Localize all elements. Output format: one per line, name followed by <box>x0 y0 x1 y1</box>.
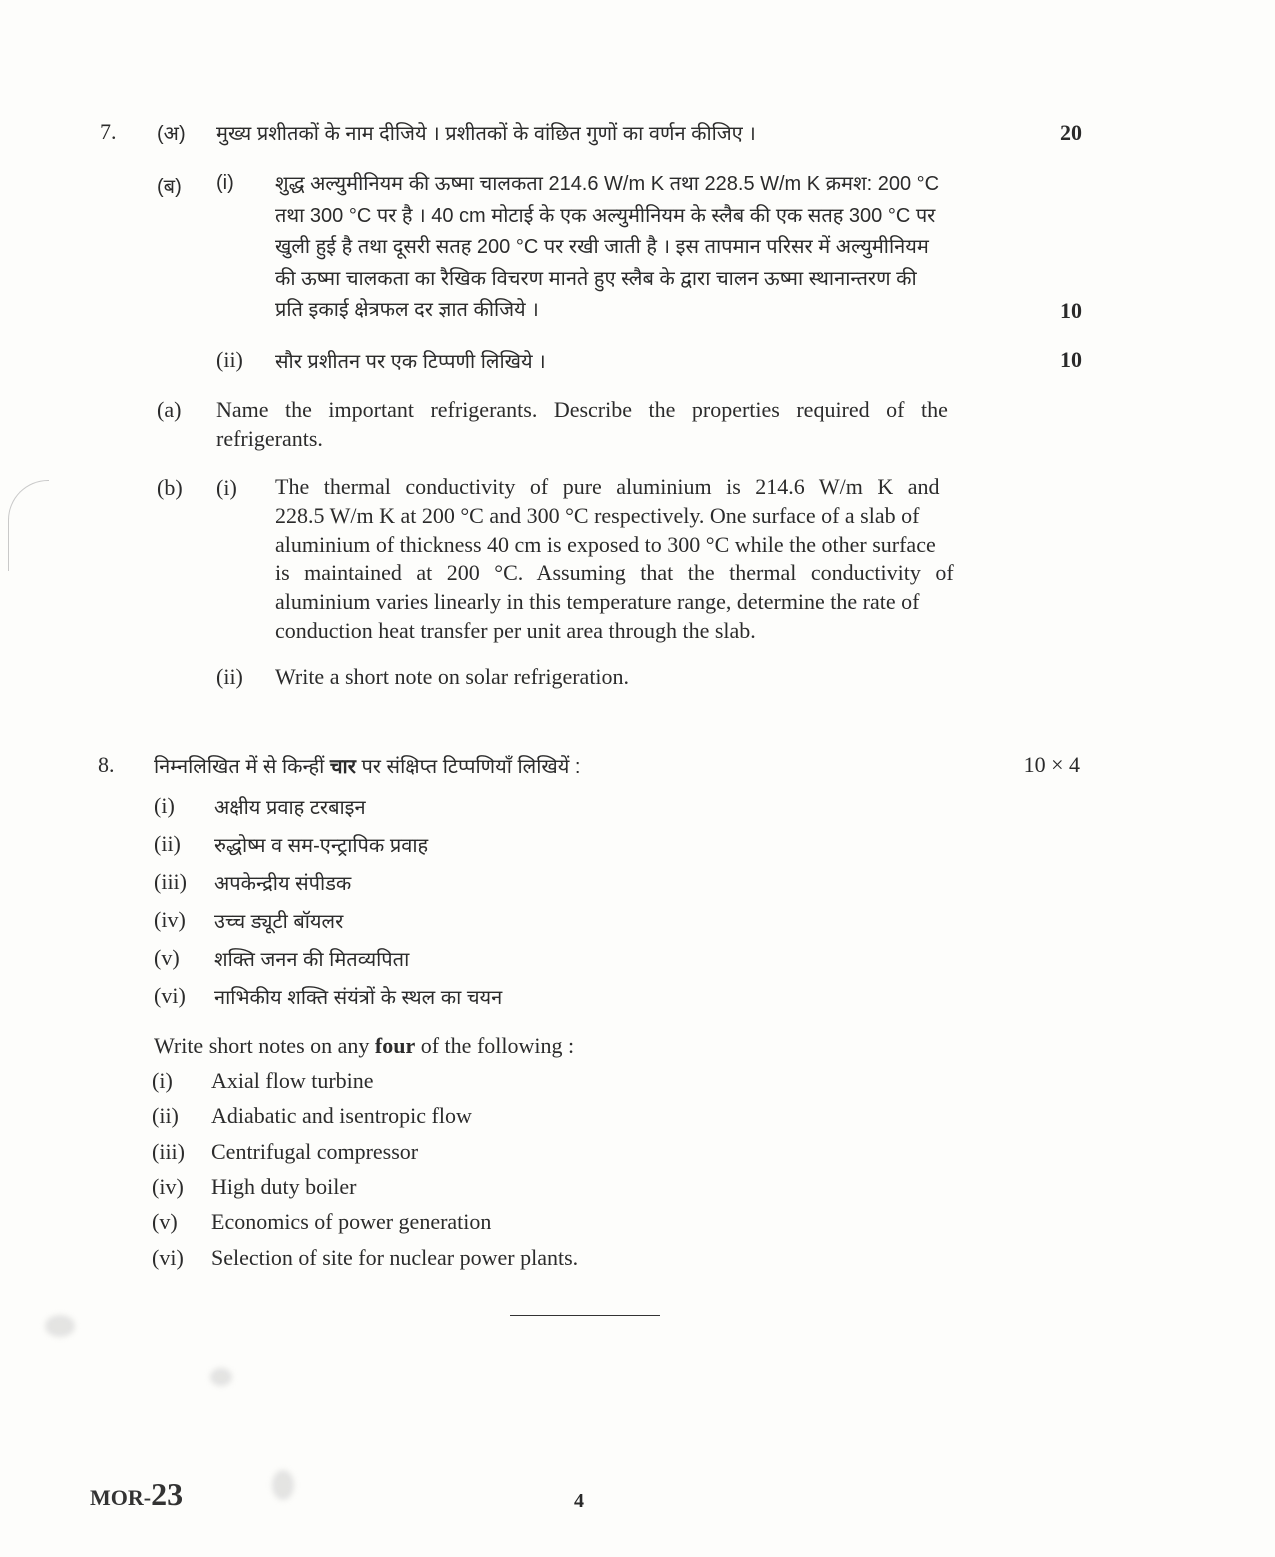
list-item-text: Selection of site for nuclear power plan… <box>211 1245 578 1271</box>
text-line: Name the important refrigerants. Describ… <box>216 396 1050 425</box>
list-item-text: उच्च ड्यूटी बॉयलर <box>214 907 343 934</box>
list-item-text: अक्षीय प्रवाह टरबाइन <box>214 793 366 820</box>
text-line: is maintained at 200 °C. Assuming that t… <box>275 559 1050 588</box>
text-line: aluminium of thickness 40 cm is exposed … <box>275 531 1050 560</box>
question-text-block: शुद्ध अल्युमीनियम की ऊष्मा चालकता 214.6 … <box>275 169 1050 327</box>
paper-code: MOR-23 <box>90 1476 183 1513</box>
page-number: 4 <box>574 1490 584 1513</box>
question-number: 7. <box>100 119 117 145</box>
text-line: The thermal conductivity of pure alumini… <box>275 473 1050 502</box>
instruction-emphasis: four <box>375 1033 415 1058</box>
part-label: (b) <box>157 475 183 501</box>
list-item-text: शक्ति जनन की मितव्यपिता <box>214 945 409 972</box>
list-item-label: (v) <box>154 945 180 971</box>
text-line: 228.5 W/m K at 200 °C and 300 °C respect… <box>275 502 1050 531</box>
list-item-label: (iii) <box>154 869 187 895</box>
part-label: (a) <box>157 397 181 423</box>
instruction-text: Write short notes on any <box>154 1033 375 1058</box>
marks: 10 <box>1030 347 1082 373</box>
question-text: सौर प्रशीतन पर एक टिप्पणी लिखिये । <box>275 347 546 374</box>
subpart-label: (i) <box>216 475 237 501</box>
end-divider <box>510 1315 660 1316</box>
list-item-text: Economics of power generation <box>211 1209 491 1235</box>
instruction-text: of the following : <box>415 1033 574 1058</box>
list-item-label: (i) <box>152 1068 173 1094</box>
list-item-label: (iv) <box>154 907 186 933</box>
subpart-label: (i) <box>216 172 234 195</box>
paper-code-prefix: MOR- <box>90 1485 151 1510</box>
subpart-label: (ii) <box>216 347 243 373</box>
scan-smudge <box>210 1368 232 1386</box>
text-line: तथा 300 °C पर है । 40 cm मोटाई के एक अल्… <box>275 201 1050 233</box>
marks: 10 <box>1030 298 1082 324</box>
list-item-label: (vi) <box>154 983 186 1009</box>
instruction-text: पर संक्षिप्त टिप्पणियाँ लिखियें : <box>356 756 581 778</box>
subpart-label: (ii) <box>216 664 243 690</box>
list-item-text: रुद्धोष्म व सम-एन्ट्रापिक प्रवाह <box>214 831 428 858</box>
question-instruction: निम्नलिखित में से किन्हीं चार पर संक्षिप… <box>154 752 580 779</box>
question-text-block: The thermal conductivity of pure alumini… <box>275 473 1050 646</box>
list-item-label: (vi) <box>152 1245 184 1271</box>
list-item-label: (ii) <box>152 1103 179 1129</box>
text-line: की ऊष्मा चालकता का रैखिक विचरण मानते हुए… <box>275 264 1050 296</box>
list-item-label: (i) <box>154 793 175 819</box>
part-label: (अ) <box>157 119 186 146</box>
text-line: conduction heat transfer per unit area t… <box>275 617 1050 646</box>
text-line: खुली हुई है तथा दूसरी सतह 200 °C पर रखी … <box>275 232 1050 264</box>
list-item-text: नाभिकीय शक्ति संयंत्रों के स्थल का चयन <box>214 983 502 1010</box>
text-line: शुद्ध अल्युमीनियम की ऊष्मा चालकता 214.6 … <box>275 169 1050 201</box>
list-item-text: Centrifugal compressor <box>211 1139 418 1165</box>
part-label: (ब) <box>157 172 182 199</box>
question-text: मुख्य प्रशीतकों के नाम दीजिये । प्रशीतको… <box>216 119 756 146</box>
list-item-label: (iv) <box>152 1174 184 1200</box>
question-text-block: Name the important refrigerants. Describ… <box>216 396 1050 454</box>
scan-smudge <box>45 1315 75 1337</box>
list-item-text: अपकेन्द्रीय संपीडक <box>214 869 351 896</box>
instruction-text: निम्नलिखित में से किन्हीं <box>154 756 330 778</box>
instruction-emphasis: चार <box>330 756 356 778</box>
text-line: refrigerants. <box>216 425 1050 454</box>
paper-code-number: 23 <box>151 1476 183 1512</box>
text-line: प्रति इकाई क्षेत्रफल दर ज्ञात कीजिये । <box>275 295 1050 327</box>
question-text: Write a short note on solar refrigeratio… <box>275 664 629 690</box>
marks: 20 <box>1030 120 1082 146</box>
question-instruction: Write short notes on any four of the fol… <box>154 1033 574 1059</box>
list-item-text: Axial flow turbine <box>211 1068 374 1094</box>
marks: 10 × 4 <box>990 752 1080 778</box>
list-item-label: (ii) <box>154 831 181 857</box>
scan-edge-mark <box>8 480 49 571</box>
list-item-text: High duty boiler <box>211 1174 356 1200</box>
list-item-text: Adiabatic and isentropic flow <box>211 1103 472 1129</box>
scan-smudge <box>272 1470 294 1500</box>
question-number: 8. <box>98 752 115 778</box>
text-line: aluminium varies linearly in this temper… <box>275 588 1050 617</box>
list-item-label: (v) <box>152 1209 178 1235</box>
list-item-label: (iii) <box>152 1139 185 1165</box>
